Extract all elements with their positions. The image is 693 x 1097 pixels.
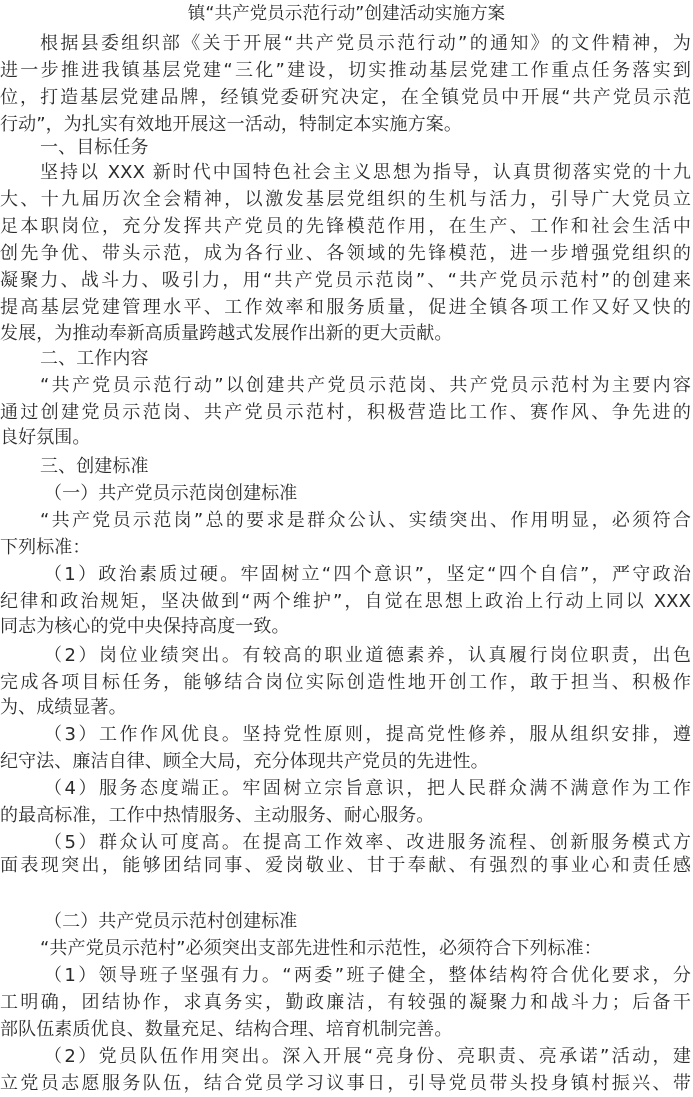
paragraph-line: 部队伍素质优良、数量充足、结构合理、培育机制完善。 <box>0 1016 693 1043</box>
subsection-heading-1: （一）共产党员示范岗创建标准 <box>0 480 693 507</box>
paragraph-line: “共产党员示范村”必须突出支部先进性和示范性，必须符合下列标准： <box>0 935 693 962</box>
section-heading-1: 一、目标任务 <box>0 134 693 161</box>
paragraph-line: 提高基层党建管理水平、工作效率和服务质量，促进全镇各项工作又好又快的 <box>0 294 693 321</box>
paragraph-line: 完成各项目标任务，能够结合岗位实际创造性地开创工作，敢于担当、积极作 <box>0 669 693 696</box>
paragraph-line: 工明确，团结协作，求真务实，勤政廉洁，有较强的凝聚力和战斗力；后备干 <box>0 989 693 1016</box>
paragraph-line: “共产党员示范岗”总的要求是群众公认、实绩突出、作用明显，必须符合 <box>0 507 693 534</box>
paragraph-line: 坚持以 XXX 新时代中国特色社会主义思想为指导，认真贯彻落实党的十九 <box>0 159 693 186</box>
paragraph-line: 为、成绩显著。 <box>0 694 693 721</box>
paragraph-line: 下列标准： <box>0 534 693 561</box>
paragraph-line: “共产党员示范行动”以创建共产党员示范岗、共产党员示范村为主要内容 <box>0 372 693 399</box>
paragraph-line: 创先争优、带头示范，成为各行业、各领域的先锋模范，进一步增强党组织的 <box>0 240 693 267</box>
section-heading-2: 二、工作内容 <box>0 345 693 372</box>
criterion-line: （4）服务态度端正。牢固树立宗旨意识，把人民群众满不满意作为工作 <box>0 775 693 802</box>
paragraph-line: 发展，为推动奉新高质量跨越式发展作出新的更大贡献。 <box>0 320 693 347</box>
criterion-line: （3）工作作风优良。坚持党性原则，提高党性修养，服从组织安排，遵 <box>0 721 693 748</box>
paragraph-line: 面表现突出，能够团结同事、爱岗敬业、甘于奉献、有强烈的事业心和责任感 <box>0 852 693 879</box>
paragraph-line: 进一步推进我镇基层党建“三化”建设，切实推动基层党建工作重点任务落实到 <box>0 57 693 84</box>
paragraph-line: 立党员志愿服务队伍，结合党员学习议事日，引导党员带头投身镇村振兴、带 <box>0 1070 693 1097</box>
subsection-heading-2: （二）共产党员示范村创建标准 <box>0 908 693 935</box>
criterion-line: （1）政治素质过硬。牢固树立“四个意识”，坚定“四个自信”，严守政治 <box>0 561 693 588</box>
paragraph-line: 纪守法、廉洁自律、顾全大局，充分体现共产党员的先进性。 <box>0 748 693 775</box>
document-title: 镇“共产党员示范行动”创建活动实施方案 <box>0 1 693 28</box>
criterion-line: （1）领导班子坚强有力。“两委”班子健全，整体结构符合优化要求，分 <box>0 962 693 989</box>
paragraph-line: 同志为核心的党中央保持高度一致。 <box>0 613 693 640</box>
criterion-line: （2）党员队伍作用突出。深入开展“亮身份、亮职责、亮承诺”活动，建 <box>0 1043 693 1070</box>
paragraph-line: 足本职岗位，充分发挥共产党员的先锋模范作用，在生产、工作和社会生活中 <box>0 213 693 240</box>
paragraph-line: 大、十九届历次全会精神，以激发基层党组织的生机与活力，引导广大党员立 <box>0 186 693 213</box>
paragraph-line: 凝聚力、战斗力、吸引力，用“共产党员示范岗”、“共产党员示范村”的创建来 <box>0 267 693 294</box>
paragraph-line: 良好氛围。 <box>0 424 693 451</box>
paragraph-line: 位，打造基层党建品牌，经镇党委研究决定，在全镇党员中开展“共产党员示范 <box>0 84 693 111</box>
paragraph-line: 纪律和政治规矩，坚决做到“两个维护”，自觉在思想上政治上行动上同以 XXX <box>0 588 693 615</box>
paragraph-line: 通过创建党员示范岗、共产党员示范村，积极营造比工作、赛作风、争先进的 <box>0 399 693 426</box>
paragraph-line: 的最高标准，工作中热情服务、主动服务、耐心服务。 <box>0 802 693 829</box>
paragraph-line: 根据县委组织部《关于开展“共产党员示范行动”的通知》的文件精神，为 <box>0 30 693 57</box>
criterion-line: （2）岗位业绩突出。有较高的职业道德素养，认真履行岗位职责，出色 <box>0 642 693 669</box>
section-heading-3: 三、创建标准 <box>0 453 693 480</box>
